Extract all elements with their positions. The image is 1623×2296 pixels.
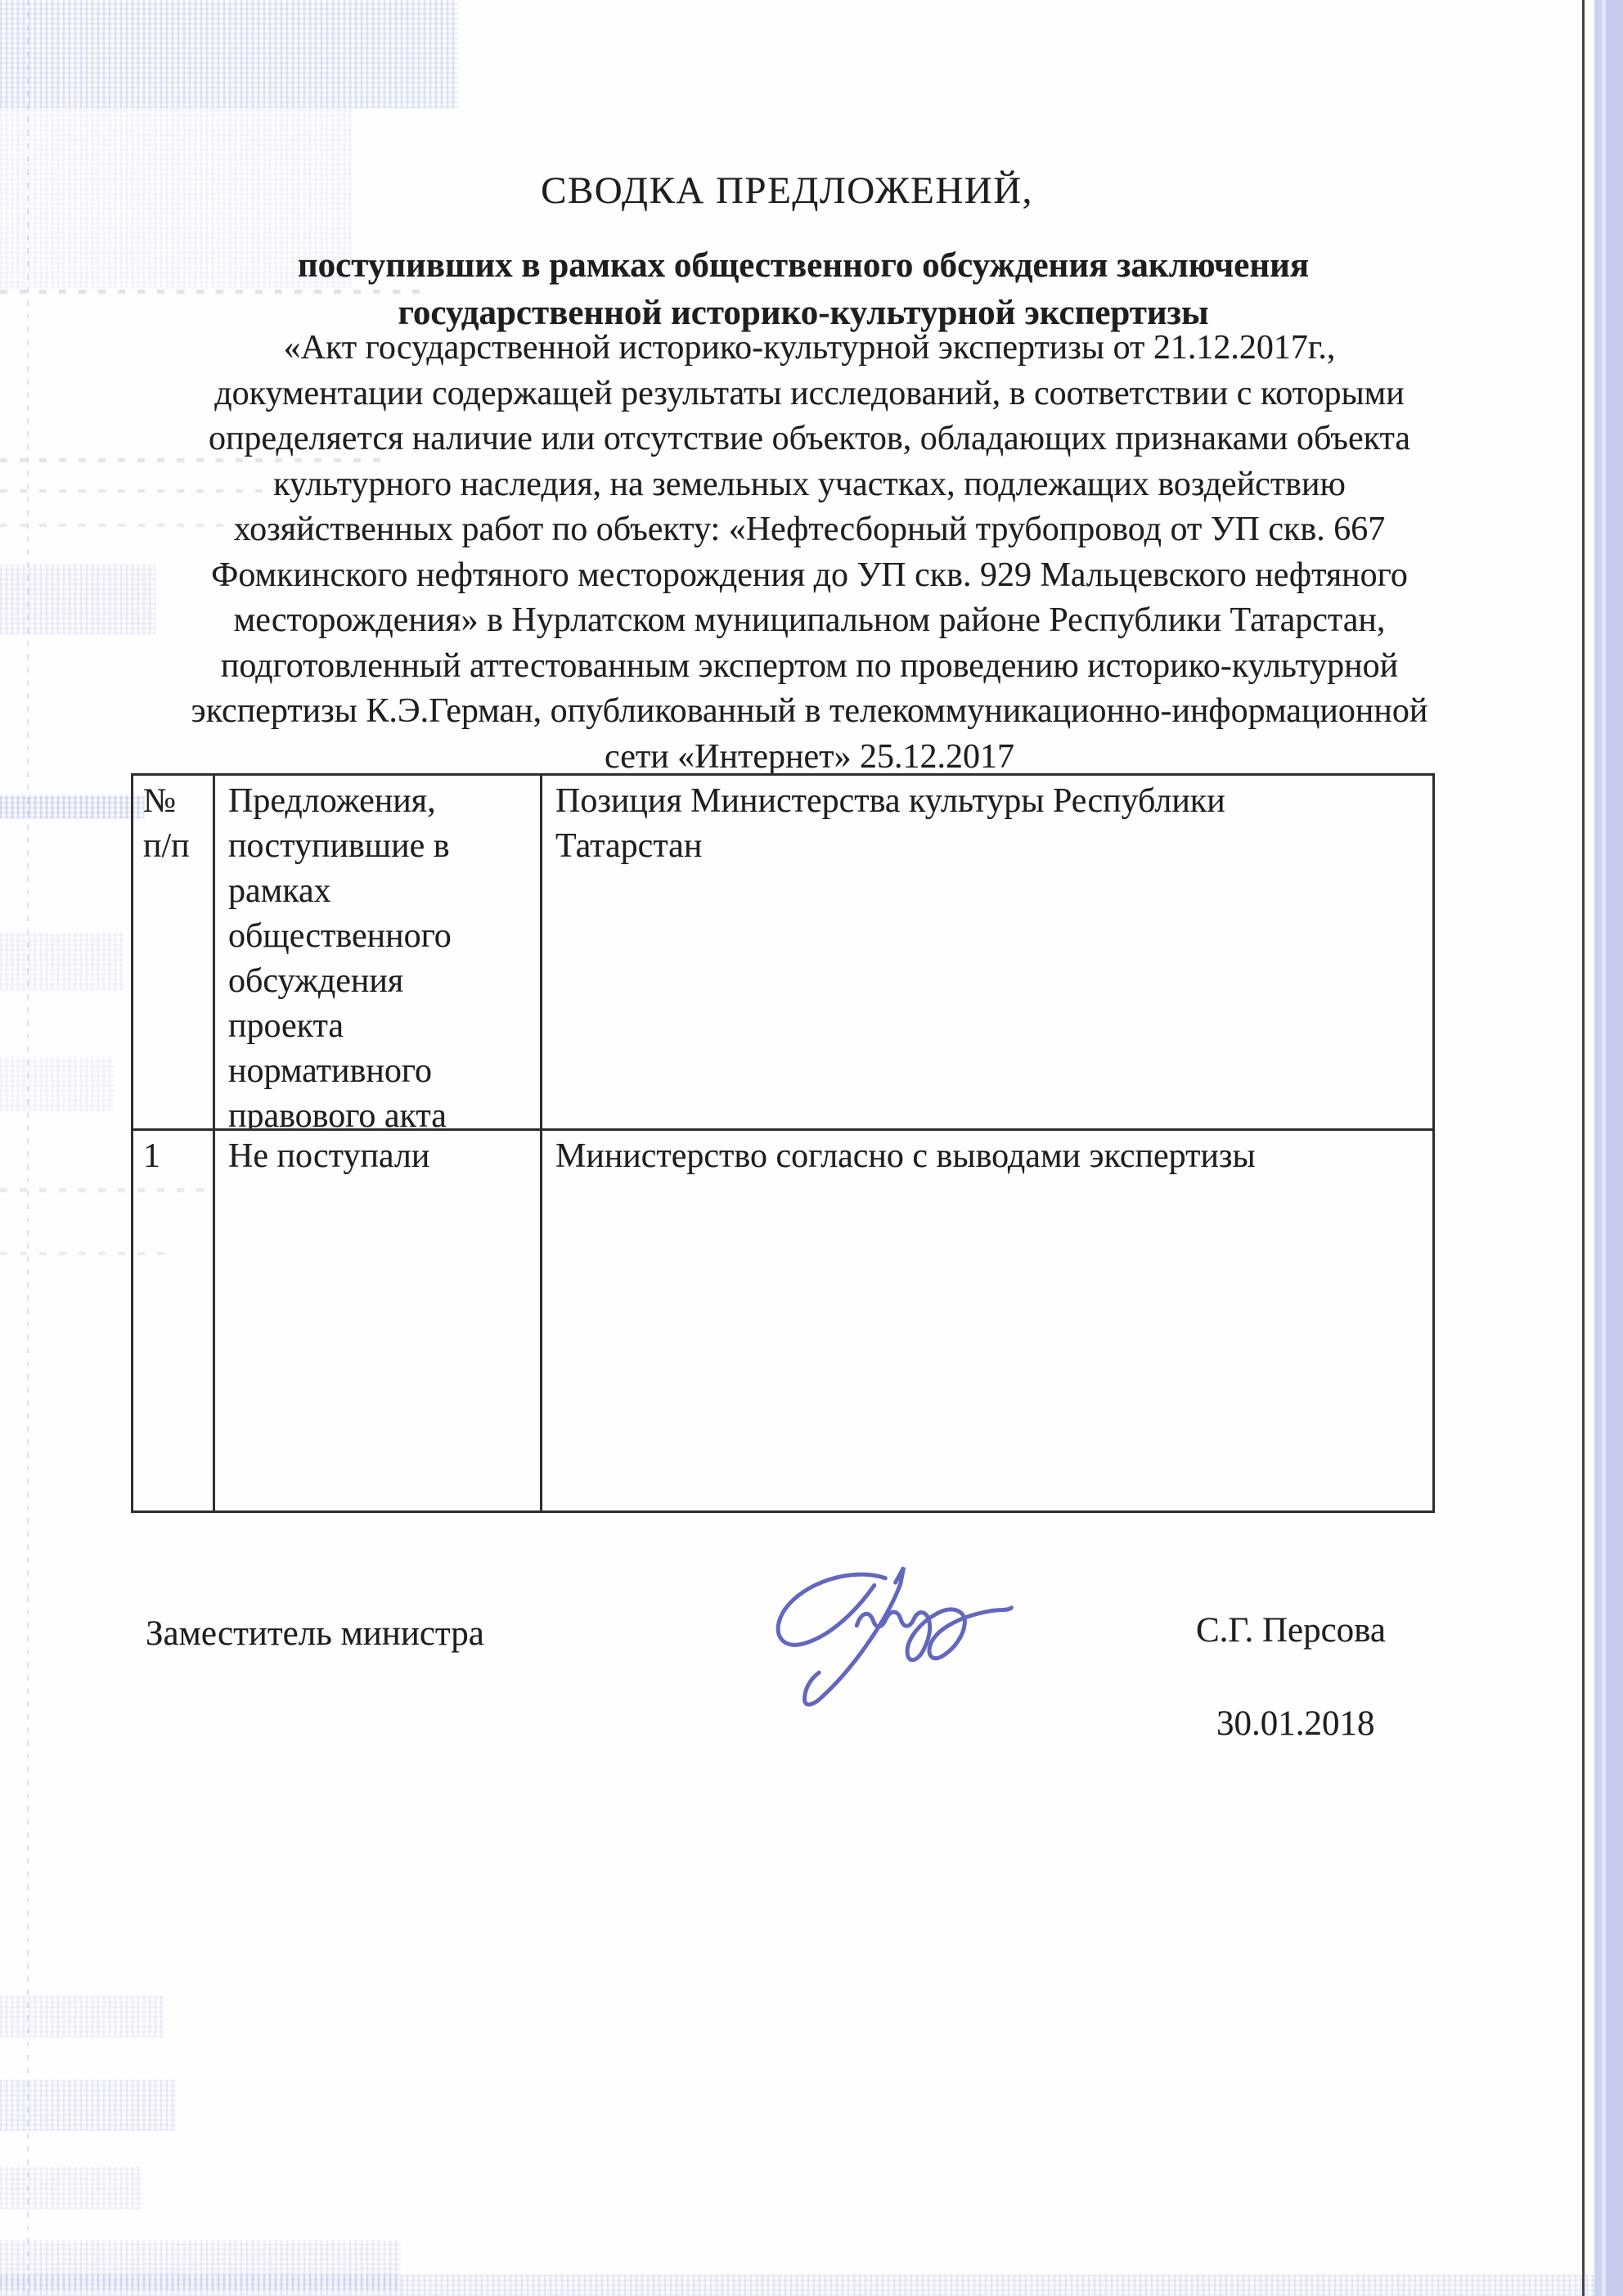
scan-speckle-left-4 xyxy=(0,1057,115,1111)
scanned-document-page: СВОДКА ПРЕДЛОЖЕНИЙ, поступивших в рамках… xyxy=(0,0,1623,2296)
row-cell-ministry-position-value: Министерство согласно с выводами эксперт… xyxy=(542,1131,1432,1510)
scan-speckle-bottom-strip xyxy=(0,2275,1623,2296)
header-cell-proposals: Предложения, поступившие в рамках общест… xyxy=(215,776,542,1131)
signature-date: 30.01.2018 xyxy=(1216,1704,1375,1744)
scan-speckle-left-2 xyxy=(0,795,144,818)
proposals-table: № п/п Предложения, поступившие в рамках … xyxy=(131,773,1435,1513)
signature-position-title: Заместитель министра xyxy=(146,1614,484,1654)
header-cell-ministry-position: Позиция Министерства культуры Республики… xyxy=(542,776,1432,1131)
scan-speckle-left-3 xyxy=(0,933,123,990)
scan-vertical-fold-line xyxy=(27,0,29,2296)
header-cell-number: № п/п xyxy=(133,776,215,1131)
row-cell-number: 1 xyxy=(133,1131,215,1510)
scan-speckle-left-5 xyxy=(0,1995,164,2037)
row-cell-proposals-value: Не поступали xyxy=(215,1131,542,1510)
scan-speckle-bottom-left xyxy=(0,2240,401,2289)
handwritten-signature-icon xyxy=(755,1552,1041,1718)
document-subtitle: поступивших в рамках общественного обсуж… xyxy=(98,242,1508,337)
document-body-paragraph: «Акт государственной историко-культурной… xyxy=(106,326,1513,780)
scan-speckle-top-left-corner xyxy=(0,0,458,108)
scan-speckle-left-6 xyxy=(0,2080,176,2131)
page-edge-band xyxy=(1594,0,1623,2296)
scan-speckle-left-7 xyxy=(0,2167,143,2209)
document-title: СВОДКА ПРЕДЛОЖЕНИЙ, xyxy=(0,169,1574,213)
signer-name: С.Г. Персова xyxy=(1196,1610,1386,1650)
page-edge-line xyxy=(1582,0,1585,2296)
